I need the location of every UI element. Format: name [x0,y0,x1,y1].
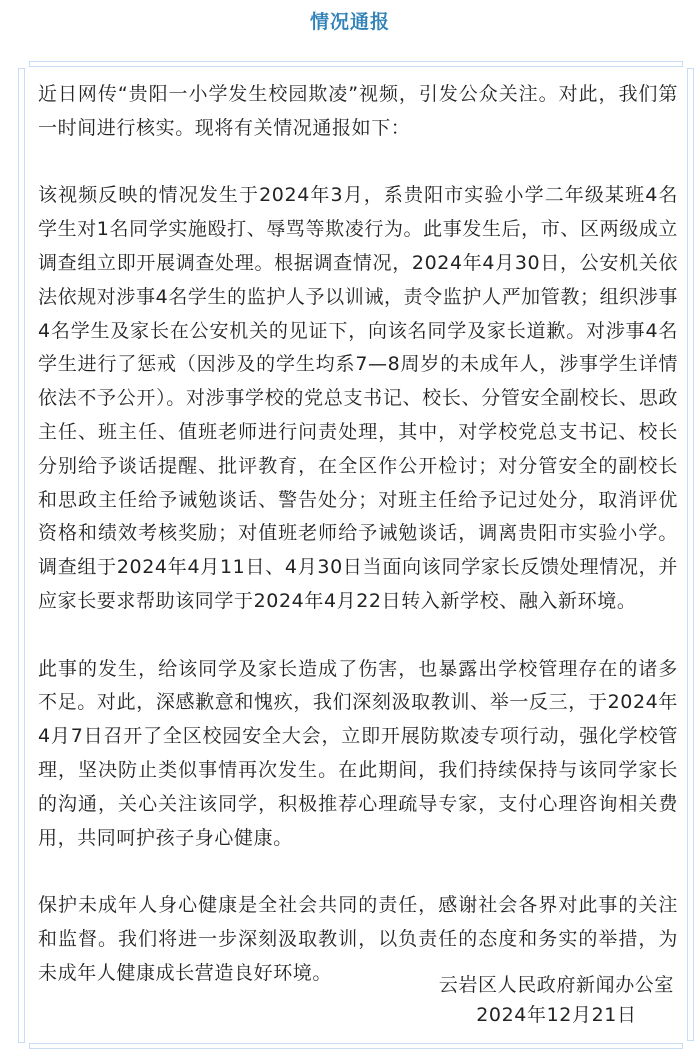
frame-bottom-border [29,1043,683,1049]
paragraph-intro: 近日网传“贵阳一小学发生校园欺凌”视频，引发公众关注。对此，我们第一时间进行核实… [38,78,678,146]
frame-left-border [18,68,25,1043]
document-title: 情况通报 [0,8,700,36]
paragraph-apology: 此事的发生，给该同学及家长造成了伤害，也暴露出学校管理存在的诸多不足。对此，深感… [38,653,678,856]
frame-top-border [29,61,683,67]
signature-block: 云岩区人民政府新闻办公室 2024年12月21日 [439,970,674,1030]
frame-right-border [687,68,694,1041]
issuer-name: 云岩区人民政府新闻办公室 [439,970,674,1000]
notice-body: 近日网传“贵阳一小学发生校园欺凌”视频，引发公众关注。对此，我们第一时间进行核实… [38,78,678,1024]
issue-date: 2024年12月21日 [439,1000,674,1030]
paragraph-investigation: 该视频反映的情况发生于2024年3月，系贵阳市实验小学二年级某班4名学生对1名同… [38,179,678,618]
